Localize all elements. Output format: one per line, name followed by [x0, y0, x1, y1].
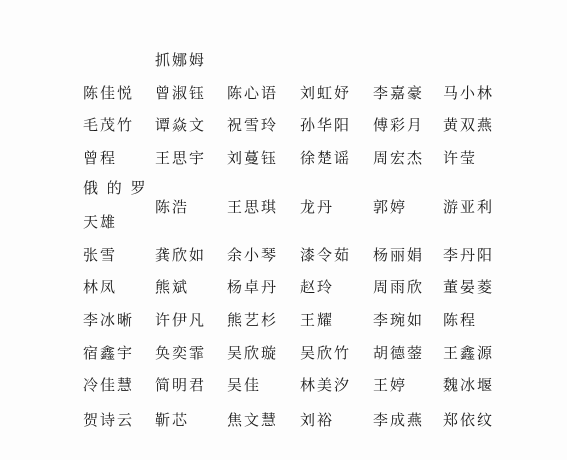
name-entry: 郭婷	[373, 198, 407, 216]
name-entry-header: 抓娜姆	[155, 51, 206, 69]
name-entry: 黄双燕	[443, 116, 494, 134]
name-entry: 董晏菱	[443, 278, 494, 296]
name-entry: 李丹阳	[443, 246, 494, 264]
name-entry: 林美汐	[300, 376, 351, 394]
name-entry: 傅彩月	[373, 116, 424, 134]
name-entry: 熊斌	[155, 278, 189, 296]
name-entry: 周宏杰	[373, 149, 424, 167]
name-entry: 刘裕	[300, 411, 334, 429]
name-entry: 李嘉豪	[373, 84, 424, 102]
name-entry: 张雪	[83, 246, 117, 264]
name-entry: 杨丽娟	[373, 246, 424, 264]
name-entry: 祝雪玲	[227, 116, 278, 134]
name-entry: 贺诗云	[83, 411, 134, 429]
name-entry: 林凤	[83, 278, 117, 296]
name-entry: 陈程	[443, 311, 477, 329]
name-entry: 谭焱文	[155, 116, 206, 134]
name-entry: 王耀	[300, 311, 334, 329]
name-entry: 王鑫源	[443, 344, 494, 362]
name-entry: 赵玲	[300, 278, 334, 296]
name-entry: 吴佳	[227, 376, 261, 394]
name-entry: 周雨欣	[373, 278, 424, 296]
name-entry: 许莹	[443, 149, 477, 167]
name-entry: 龙丹	[300, 198, 334, 216]
name-entry: 李琬如	[373, 311, 424, 329]
name-entry: 冷佳慧	[83, 376, 134, 394]
name-entry: 李冰晰	[83, 311, 134, 329]
name-entry: 余小琴	[227, 246, 278, 264]
name-entry: 毛茂竹	[83, 116, 134, 134]
name-entry: 李成燕	[373, 411, 424, 429]
name-entry: 曾淑钰	[155, 84, 206, 102]
name-entry: 陈佳悦	[83, 84, 134, 102]
name-list-page: 抓娜姆陈佳悦曾淑钰陈心语刘虹妤李嘉豪马小林毛茂竹谭焱文祝雪玲孙华阳傅彩月黄双燕曾…	[0, 0, 567, 460]
name-entry: 刘虹妤	[300, 84, 351, 102]
name-entry: 吴欣璇	[227, 344, 278, 362]
name-entry: 陈浩	[155, 198, 189, 216]
name-entry: 杨卓丹	[227, 278, 278, 296]
name-entry: 胡德蓥	[373, 344, 424, 362]
name-entry: 宿鑫宇	[83, 344, 134, 362]
name-entry: 吴欣竹	[300, 344, 351, 362]
name-entry: 孙华阳	[300, 116, 351, 134]
name-entry: 简明君	[155, 376, 206, 394]
name-entry: 刘蔓钰	[227, 149, 278, 167]
name-entry: 游亚利	[443, 198, 494, 216]
name-entry: 魏冰堰	[443, 376, 494, 394]
name-entry-split-line1: 俄 的 罗	[83, 179, 148, 197]
name-entry: 焦文慧	[227, 411, 278, 429]
name-entry: 王婷	[373, 376, 407, 394]
name-entry: 郑依纹	[443, 411, 494, 429]
name-entry: 陈心语	[227, 84, 278, 102]
name-entry: 马小林	[443, 84, 494, 102]
name-entry: 徐楚谣	[300, 149, 351, 167]
name-entry: 靳芯	[155, 411, 189, 429]
name-entry: 奂奕霏	[155, 344, 206, 362]
name-entry: 熊艺杉	[227, 311, 278, 329]
name-entry-split-line2: 天雄	[83, 213, 117, 231]
name-entry: 王思宇	[155, 149, 206, 167]
name-entry: 王思琪	[227, 198, 278, 216]
name-entry: 龚欣如	[155, 246, 206, 264]
name-entry: 漆令茹	[300, 246, 351, 264]
name-entry: 许伊凡	[155, 311, 206, 329]
name-entry: 曾程	[83, 149, 117, 167]
